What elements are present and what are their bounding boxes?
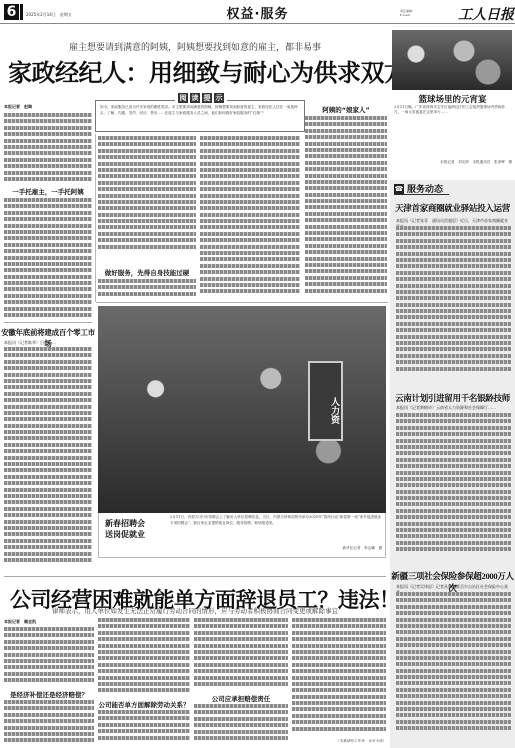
- reading-tip-text: 如今，家政服务已成为许多家庭的刚性需求。求主想要请到满意的阿姨，阿姨想要找到如意…: [100, 104, 300, 116]
- xinjiang-body: [396, 592, 511, 740]
- lead-body-col4: [305, 116, 387, 298]
- phone-icon: ☎: [394, 184, 404, 194]
- lead-kicker: 雇主想要请到满意的阿姨，阿姨想要找到如意的雇主，都非易事: [0, 40, 390, 53]
- basketball-court-photo: [392, 30, 512, 90]
- photo-title-line2: 送岗促就业: [105, 530, 145, 540]
- second-subhead-1: 是经济补偿还是经济赔偿？: [4, 690, 94, 699]
- second-body-col4: [292, 618, 386, 738]
- second-body-col2b: [98, 710, 190, 746]
- photo-story-text: 2月11日晚，广东省深圳市宝安区福洲社区的工会组织篮球场内热闹非凡，一场元宵盛宴…: [394, 105, 512, 115]
- lead-byline: 本报记者 赵琳: [4, 104, 32, 110]
- lead-subhead-3: 做好服务，先得自身技能过硬: [98, 268, 196, 277]
- second-story-divider: [4, 576, 386, 577]
- lead-subhead-2: 阿姨的“娘家人”: [305, 105, 387, 114]
- photo-story-title: 篮球场里的元宵宴: [390, 93, 515, 105]
- second-body-col1a: [4, 627, 94, 687]
- lead-body-col3: [200, 136, 300, 298]
- second-body-col1b: [4, 700, 94, 746]
- job-fair-photo: 人力资: [98, 306, 386, 513]
- anhui-brief-body: [4, 347, 92, 572]
- second-body-col3a: [194, 618, 288, 690]
- photo-caption-credit: 新华社记者 李志鹏 摄: [300, 546, 382, 552]
- second-subtitle: 律师表示，用人单位如发生无法正常履行劳动合同的情形，应与劳动者积极协商合同变更或…: [0, 606, 390, 615]
- column-rule: [95, 134, 96, 302]
- header-rule: [0, 23, 515, 24]
- lead-body-col2: [98, 136, 196, 254]
- service-news-rule: [394, 194, 449, 195]
- editor-info: 责任编辑： E-mail:: [400, 9, 460, 17]
- second-subhead-2: 公司能否单方面解除劳动关系？: [98, 700, 190, 709]
- second-byline: 本报记者 赖志凯: [4, 619, 36, 625]
- tianjin-title: 天津首家商圈就业驿站投入运营: [390, 202, 515, 214]
- second-body-col2a: [98, 618, 190, 696]
- second-body-col3b: [194, 704, 288, 746]
- photo-caption-text: 2月11日，内蒙古(东)市招聘会上了解用人单位招聘信息。当日，内蒙古呼和浩特市举…: [170, 515, 382, 526]
- yunnan-byline: 本报讯（记者黄榕卓）云南省人力资源和社会保障厅……: [396, 405, 511, 411]
- newspaper-logo: 工人日报: [458, 4, 514, 24]
- reading-tip-char: 提: [202, 93, 212, 103]
- tianjin-body: [396, 226, 511, 376]
- yunnan-body: [396, 413, 511, 563]
- reading-tip-title: 阅 读 提 示: [175, 93, 227, 103]
- lead-body-col1a: [4, 113, 92, 185]
- reading-tip-char: 读: [190, 93, 200, 103]
- lead-body-col2b: [98, 279, 196, 299]
- anhui-brief-byline: 本报讯（记者陈华）日前……: [4, 340, 92, 346]
- lead-body-col1b: [4, 198, 92, 322]
- recruitment-sign: 人力资: [308, 361, 343, 441]
- photo-title-line1: 新春招聘会: [105, 519, 145, 529]
- email-line: E-mail:: [400, 13, 460, 17]
- reading-tip-char: 示: [214, 93, 224, 103]
- photo-story-credit: 本报记者 刘友婷 本报通讯员 张泽晖 摄: [420, 160, 512, 165]
- brief-divider: [4, 322, 92, 323]
- section-divider: [96, 302, 388, 303]
- lead-subhead-1: 一手托雇主，一手托阿姨: [4, 187, 92, 196]
- second-end-note: （本案律师工作者：北京大成）: [300, 739, 386, 744]
- reading-tip-char: 阅: [178, 93, 188, 103]
- second-subhead-3: 公司应承担赔偿责任: [194, 694, 288, 703]
- yunnan-title: 云南计划引进留用千名银龄技师: [390, 392, 515, 404]
